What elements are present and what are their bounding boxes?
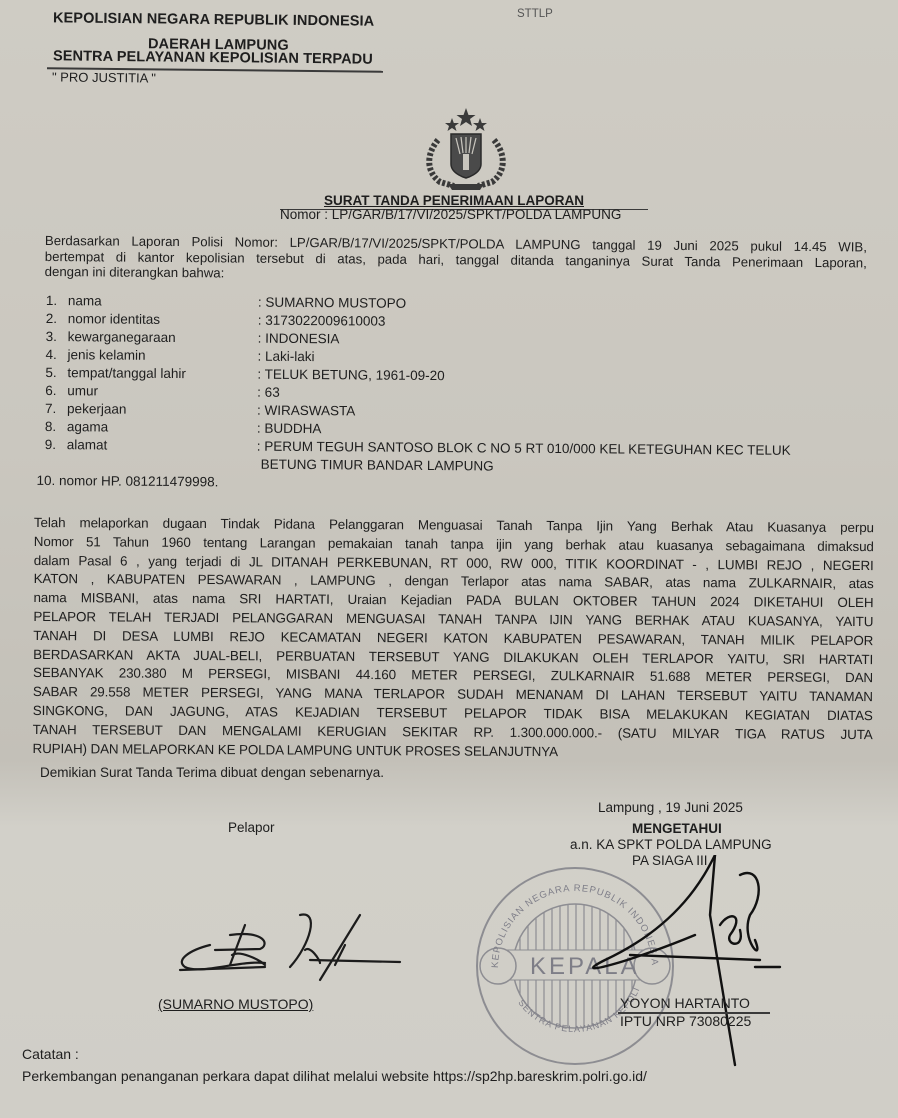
field-value: : INDONESIA (258, 331, 340, 347)
officer-signature (545, 855, 785, 1070)
place-date: Lampung , 19 Juni 2025 (598, 800, 743, 815)
row-number: 1. (46, 292, 68, 310)
field-value: BETUNG TIMUR BANDAR LAMPUNG (261, 457, 494, 474)
field-label: nomor identitas (68, 310, 258, 329)
field-value: : 63 (257, 385, 280, 400)
identity-list: 1.nama: SUMARNO MUSTOPO2.nomor identitas… (44, 292, 791, 496)
field-value: : PERUM TEGUH SANTOSO BLOK C NO 5 RT 010… (257, 439, 791, 458)
row-number: 7. (45, 400, 67, 418)
officer-name: YOYON HARTANTO (620, 995, 750, 1011)
field-value: : TELUK BETUNG, 1961-09-20 (257, 367, 444, 383)
ack-label: MENGETAHUI (632, 821, 722, 836)
field-value: : BUDDHA (257, 421, 322, 437)
org-name-line1: KEPOLISIAN NEGARA REPUBLIK INDONESIA (53, 10, 374, 29)
reporter-name: (SUMARNO MUSTOPO) (158, 996, 313, 1012)
pro-justitia: " PRO JUSTITIA " (52, 69, 156, 85)
row-number: 6. (45, 382, 67, 400)
closing-statement: Demikian Surat Tanda Terima dibuat denga… (40, 765, 384, 780)
reporter-signature (170, 905, 430, 985)
row-number: 5. (45, 364, 67, 382)
field-value: : 3173022009610003 (258, 313, 386, 329)
field-label: alamat (67, 436, 257, 455)
field-label: nama (68, 292, 258, 311)
notes-label: Catatan : (22, 1046, 79, 1062)
field-label: jenis kelamin (67, 346, 257, 365)
row-number: 4. (45, 346, 67, 364)
reporter-label: Pelapor (228, 820, 275, 835)
field-label: kewarganegaraan (68, 328, 258, 347)
field-label: tempat/tanggal lahir (67, 364, 257, 383)
report-body: Telah melaporkan dugaan Tindak Pidana Pe… (33, 514, 874, 763)
field-value: : Laki-laki (257, 349, 314, 364)
field-value: : SUMARNO MUSTOPO (258, 295, 406, 311)
row-number: 8. (45, 418, 67, 436)
ack-on-behalf: a.n. KA SPKT POLDA LAMPUNG (570, 837, 772, 852)
field-label: umur (67, 382, 257, 401)
field-label: pekerjaan (67, 400, 257, 419)
notes-website-text: Perkembangan penanganan perkara dapat di… (22, 1068, 647, 1084)
document-title: SURAT TANDA PENERIMAAN LAPORAN (324, 193, 584, 208)
row-number: 3. (46, 328, 68, 346)
document-number: Nomor : LP/GAR/B/17/VI/2025/SPKT/POLDA L… (280, 207, 621, 222)
document-page: STTLP KEPOLISIAN NEGARA REPUBLIK INDONES… (0, 0, 898, 1118)
row-number: 9. (45, 436, 67, 454)
officer-rank-nrp: IPTU NRP 73080225 (620, 1013, 751, 1029)
field-value: : WIRASWASTA (257, 403, 355, 419)
row-number: 2. (46, 310, 68, 328)
field-label: agama (67, 418, 257, 437)
org-name-line3: SENTRA PELAYANAN KEPOLISIAN TERPADU (53, 48, 373, 67)
intro-paragraph: Berdasarkan Laporan Polisi Nomor: LP/GAR… (45, 233, 867, 286)
form-code: STTLP (517, 8, 553, 20)
polri-emblem-icon (418, 106, 514, 192)
